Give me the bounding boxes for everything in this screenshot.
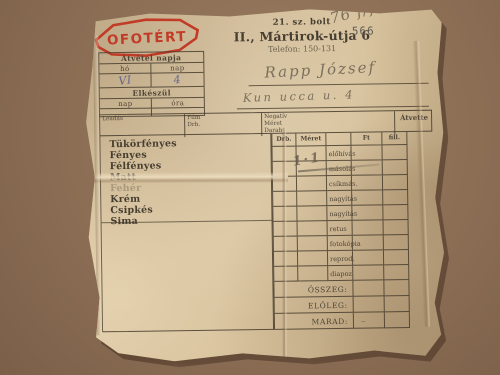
total-fill-cell — [385, 312, 410, 328]
service-col-header — [326, 133, 351, 146]
service-fill-cell — [384, 265, 409, 280]
service-drb-cell — [274, 222, 298, 237]
logo-text: OFOTÉRT — [107, 28, 188, 49]
service-fill-cell — [383, 190, 408, 205]
service-meret-cell — [298, 251, 328, 266]
handwritten-marad-mark: – — [361, 317, 366, 327]
service-drb-cell — [273, 192, 297, 207]
service-fill-cell — [382, 145, 407, 160]
service-ft-cell — [351, 145, 382, 160]
service-col-header: fill. — [382, 132, 407, 145]
service-row-label: csíkmás. — [327, 176, 352, 191]
pickup-table: Átvétel napja hó nap VI 4 Elkészül nap ó… — [98, 51, 205, 117]
service-fill-cell — [383, 205, 408, 220]
service-ft-cell — [352, 175, 383, 190]
service-row-label: előhívás — [326, 146, 351, 161]
service-fill-cell — [384, 220, 409, 235]
total-ft-cell — [353, 280, 384, 296]
total-ft-cell — [354, 312, 385, 328]
service-drb-cell — [273, 207, 297, 222]
service-fill-cell — [384, 250, 409, 265]
handwritten-name: Rapp József — [248, 56, 429, 83]
service-fill-cell — [383, 160, 408, 175]
service-row-label: nagyítás — [327, 206, 352, 221]
total-fill-cell — [385, 296, 410, 312]
service-ft-cell — [353, 220, 384, 235]
service-fill-cell — [384, 235, 409, 250]
leadas-label: Leadás — [102, 116, 123, 122]
handwritten-address: Kun ucca u. 4 — [237, 85, 429, 105]
service-ft-cell — [352, 205, 383, 220]
service-col-header: Drb. — [272, 134, 296, 147]
finish-list: TükörfényesFényesFélfényesMattFehérKrémC… — [100, 134, 271, 227]
total-row-label: MARAD: — [275, 313, 354, 330]
photo-scene: OFOTÉRT 21. sz. bolt II., Mártirok-útja … — [0, 0, 500, 375]
total-row-label: ELŐLEG: — [275, 297, 354, 314]
total-fill-cell — [384, 280, 409, 296]
service-drb-cell — [274, 252, 298, 267]
service-meret-cell — [298, 236, 328, 251]
service-drb-cell — [274, 237, 298, 252]
paper-type-cell: TükörfényesFényesFélfényesMattFehérKrémC… — [99, 134, 274, 332]
service-fill-cell — [383, 175, 408, 190]
receipt-paper: OFOTÉRT 21. sz. bolt II., Mártirok-útja … — [80, 2, 453, 364]
film-drb-label: Drb. — [187, 121, 259, 129]
serial-number: 566 — [352, 24, 375, 37]
service-row-label: nagyítás — [327, 191, 352, 206]
service-row-label: retus — [328, 221, 353, 236]
pickup-day-cell: 4 — [151, 73, 204, 88]
service-row-label: fotokópia — [328, 236, 353, 251]
handwritten-day: 4 — [173, 73, 182, 87]
service-ft-cell — [353, 235, 384, 250]
service-drb-cell — [274, 267, 298, 282]
service-row-label: diapoz. — [328, 266, 353, 281]
service-ft-cell — [353, 265, 384, 280]
atvette-label: Átvette — [400, 113, 428, 122]
service-meret-cell — [298, 221, 328, 236]
service-col-header: Ft — [351, 132, 382, 145]
service-ft-cell — [353, 250, 384, 265]
shop-phone: Telefon: 150-131 — [218, 43, 386, 54]
service-row-label: reprod. — [328, 251, 353, 266]
service-col-header: Méret — [296, 133, 326, 146]
customer-address-line: Kun ucca u. 4 — [237, 87, 429, 110]
customer-name-line: Rapp József — [248, 59, 428, 87]
service-meret-cell — [298, 266, 328, 281]
service-meret-cell — [297, 191, 327, 206]
total-ft-cell — [354, 296, 385, 312]
handwritten-month: VI — [118, 73, 133, 87]
service-meret-cell — [297, 206, 327, 221]
atvette-cell: Átvette — [395, 111, 433, 134]
total-row-label: ÖSSZEG: — [274, 281, 353, 298]
service-meret-cell — [297, 176, 327, 191]
service-ft-cell — [352, 190, 383, 205]
pickup-month-cell: VI — [99, 74, 151, 89]
service-drb-cell — [273, 177, 297, 192]
